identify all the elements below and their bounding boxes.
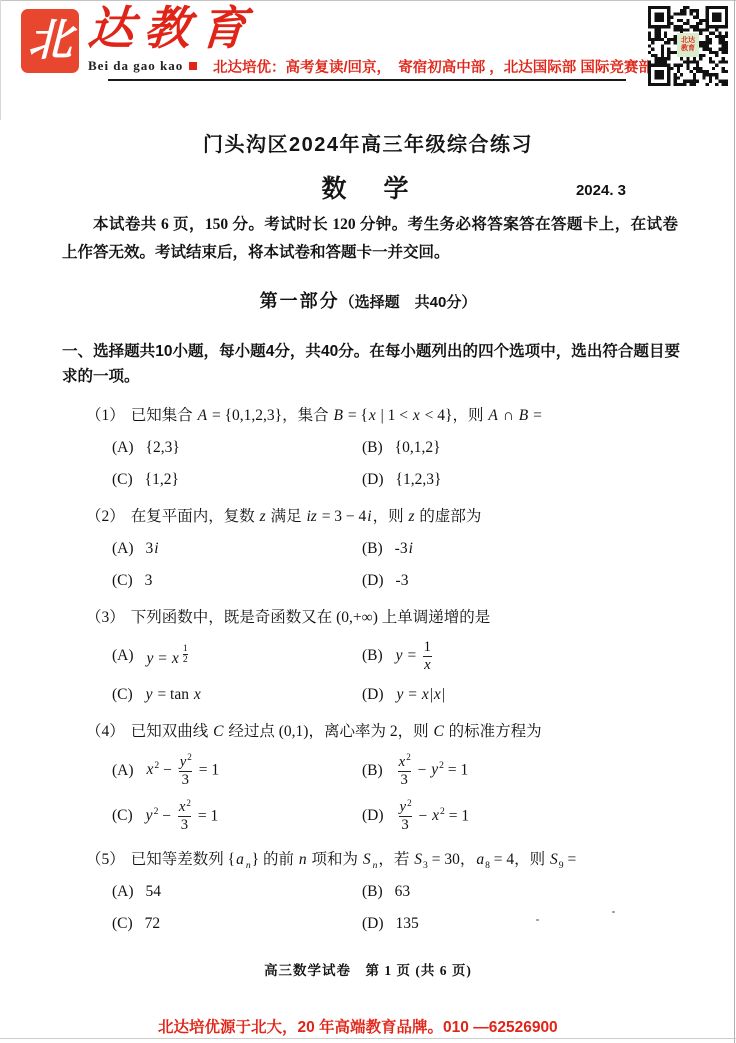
- option-value: 3: [145, 572, 153, 590]
- option-label: (D): [362, 915, 384, 933]
- option-value: 72: [145, 915, 161, 933]
- option-b: (B){0,1,2}: [362, 437, 680, 459]
- exam-title: 门头沟区2024年高三年级综合练习: [0, 128, 736, 157]
- exam-date: 2024. 3: [576, 182, 626, 199]
- option-value: y = x12: [146, 644, 191, 668]
- letterhead: 北 达教育 Bei da gao kao 北达培优：高考复读/回京， 寄宿初高中…: [0, 0, 736, 100]
- page-footer: 高三数学试卷 第 1 页 (共 6 页): [0, 959, 736, 979]
- question-stem: （4）已知双曲线 C 经过点 (0,1)，离心率为 2，则 C 的标准方程为: [86, 720, 680, 744]
- option-c: (C){1,2}: [112, 469, 362, 491]
- option-label: (D): [362, 686, 384, 704]
- option-label: (D): [362, 807, 384, 825]
- option-label: (A): [112, 540, 134, 558]
- question-stem: （3）下列函数中，既是奇函数又在 (0,+∞) 上单调递增的是: [86, 606, 680, 630]
- exam-instructions: 本试卷共 6 页，150 分。考试时长 120 分钟。考生务必将答案答在答题卡上…: [62, 211, 678, 267]
- qr-center-label: 北达 教育: [677, 33, 699, 57]
- option-c: (C)y2 − x23 = 1: [112, 799, 362, 835]
- option-label: (B): [362, 762, 383, 780]
- option-d: (D){1,2,3}: [362, 469, 680, 491]
- option-a: (A)3i: [112, 538, 362, 560]
- option-label: (B): [362, 439, 383, 457]
- option-label: (A): [112, 883, 134, 901]
- brand-subtitle-text: Bei da gao kao: [88, 58, 183, 73]
- exam-page: 北 达教育 Bei da gao kao 北达培优：高考复读/回京， 寄宿初高中…: [0, 0, 736, 1043]
- scan-speck: [612, 911, 615, 913]
- question-number: （3）: [86, 609, 125, 626]
- question: （1）已知集合 A = {0,1,2,3}，集合 B = {x | 1 < x …: [86, 404, 680, 491]
- option-value: {0,1,2}: [395, 439, 441, 457]
- subject-row: 数 学 2024. 3: [0, 169, 736, 203]
- qr-label-line2: 教育: [681, 45, 695, 53]
- option-c: (C)72: [112, 913, 362, 935]
- option-c: (C)y = tan x: [112, 684, 362, 706]
- question-stem: （2）在复平面内，复数 z 满足 iz = 3 − 4i，则 z 的虚部为: [86, 505, 680, 529]
- red-square-mark: [189, 62, 197, 70]
- option-a: (A)x2 − y23 = 1: [112, 753, 362, 789]
- brand-seal: 北: [22, 10, 78, 72]
- option-value: x23 − y2 = 1: [395, 753, 469, 789]
- option-label: (C): [112, 915, 133, 933]
- option-label: (A): [112, 647, 134, 665]
- option-value: -3: [396, 572, 409, 590]
- question: （3）下列函数中，既是奇函数又在 (0,+∞) 上单调递增的是(A)y = x1…: [86, 606, 680, 706]
- option-value: y = x|x|: [396, 686, 445, 704]
- option-b: (B)-3i: [362, 538, 680, 560]
- option-grid: (A)3i(B)-3i(C)3(D)-3: [86, 538, 680, 592]
- option-value: 63: [395, 883, 411, 901]
- scan-speck: [536, 919, 539, 921]
- option-b: (B)y = 1x: [362, 639, 680, 674]
- qr-code: 北达 教育: [648, 6, 728, 86]
- option-d: (D)y = x|x|: [362, 684, 680, 706]
- option-label: (B): [362, 647, 383, 665]
- option-b: (B)x23 − y2 = 1: [362, 753, 680, 789]
- promo-footer: 北达培优源于北大，20 年高端教育品牌。010 —62526900: [158, 1015, 736, 1037]
- option-label: (D): [362, 572, 384, 590]
- option-grid: (A){2,3}(B){0,1,2}(C){1,2}(D){1,2,3}: [86, 437, 680, 491]
- option-a: (A){2,3}: [112, 437, 362, 459]
- option-label: (D): [362, 471, 384, 489]
- option-label: (B): [362, 883, 383, 901]
- option-value: 54: [146, 883, 162, 901]
- option-d: (D)y23 − x2 = 1: [362, 799, 680, 835]
- option-value: y = tan x: [145, 686, 202, 704]
- option-a: (A)54: [112, 881, 362, 903]
- option-c: (C)3: [112, 570, 362, 592]
- section-title: 第一部分: [260, 291, 340, 311]
- option-label: (C): [112, 807, 133, 825]
- header-tagline: 北达培优：高考复读/回京， 寄宿初高中部 ，北达国际部 国际竞赛部: [213, 56, 643, 77]
- option-d: (D)-3: [362, 570, 680, 592]
- seal-character: 北: [28, 19, 72, 63]
- scan-edge-right: [734, 0, 735, 1043]
- question-number: （1）: [86, 407, 125, 424]
- option-label: (C): [112, 572, 133, 590]
- option-value: 135: [396, 915, 419, 933]
- question-stem: （5）已知等差数列 {an} 的前 n 项和为 Sn，若 S3 = 30，a8 …: [86, 848, 680, 872]
- header-underline: [108, 79, 626, 81]
- section-heading: 第一部分（选择题 共40分）: [0, 287, 736, 313]
- question-number: （2）: [86, 508, 125, 525]
- option-b: (B)63: [362, 881, 680, 903]
- option-value: x2 − y23 = 1: [146, 753, 220, 789]
- option-value: y23 − x2 = 1: [396, 799, 470, 835]
- question-number: （4）: [86, 723, 125, 740]
- qr-label-line1: 北达: [681, 37, 695, 45]
- question-stem: （1）已知集合 A = {0,1,2,3}，集合 B = {x | 1 < x …: [86, 404, 680, 428]
- option-label: (C): [112, 471, 133, 489]
- option-label: (A): [112, 439, 134, 457]
- brand-logo-text: 达教育: [86, 4, 258, 55]
- option-grid: (A)y = x12(B)y = 1x(C)y = tan x(D)y = x|…: [86, 639, 680, 706]
- option-value: {1,2}: [145, 471, 179, 489]
- option-a: (A)y = x12: [112, 644, 362, 668]
- question: （5）已知等差数列 {an} 的前 n 项和为 Sn，若 S3 = 30，a8 …: [86, 848, 680, 935]
- question-number: （5）: [86, 851, 125, 868]
- option-label: (A): [112, 762, 134, 780]
- subject-title: 数 学: [321, 169, 414, 205]
- option-value: y = 1x: [395, 639, 435, 674]
- option-value: {2,3}: [146, 439, 180, 457]
- option-grid: (A)x2 − y23 = 1(B)x23 − y2 = 1(C)y2 − x2…: [86, 753, 680, 835]
- option-value: -3i: [395, 540, 414, 558]
- option-d: (D)135: [362, 913, 680, 935]
- question-list: （1）已知集合 A = {0,1,2,3}，集合 B = {x | 1 < x …: [86, 404, 680, 935]
- option-label: (B): [362, 540, 383, 558]
- option-value: 3i: [146, 540, 160, 558]
- option-value: {1,2,3}: [396, 471, 442, 489]
- section-subtitle: （选择题 共40分）: [340, 294, 477, 311]
- scan-edge-bottom: [0, 1038, 736, 1039]
- option-label: (C): [112, 686, 133, 704]
- part-intro: 一、选择题共10小题，每小题4分，共40分。在每小题列出的四个选项中，选出符合题…: [62, 339, 680, 390]
- option-grid: (A)54(B)63(C)72(D)135: [86, 881, 680, 935]
- option-value: y2 − x23 = 1: [145, 799, 219, 835]
- question: （4）已知双曲线 C 经过点 (0,1)，离心率为 2，则 C 的标准方程为(A…: [86, 720, 680, 835]
- brand-subtitle: Bei da gao kao: [88, 58, 197, 74]
- question: （2）在复平面内，复数 z 满足 iz = 3 − 4i，则 z 的虚部为(A)…: [86, 505, 680, 592]
